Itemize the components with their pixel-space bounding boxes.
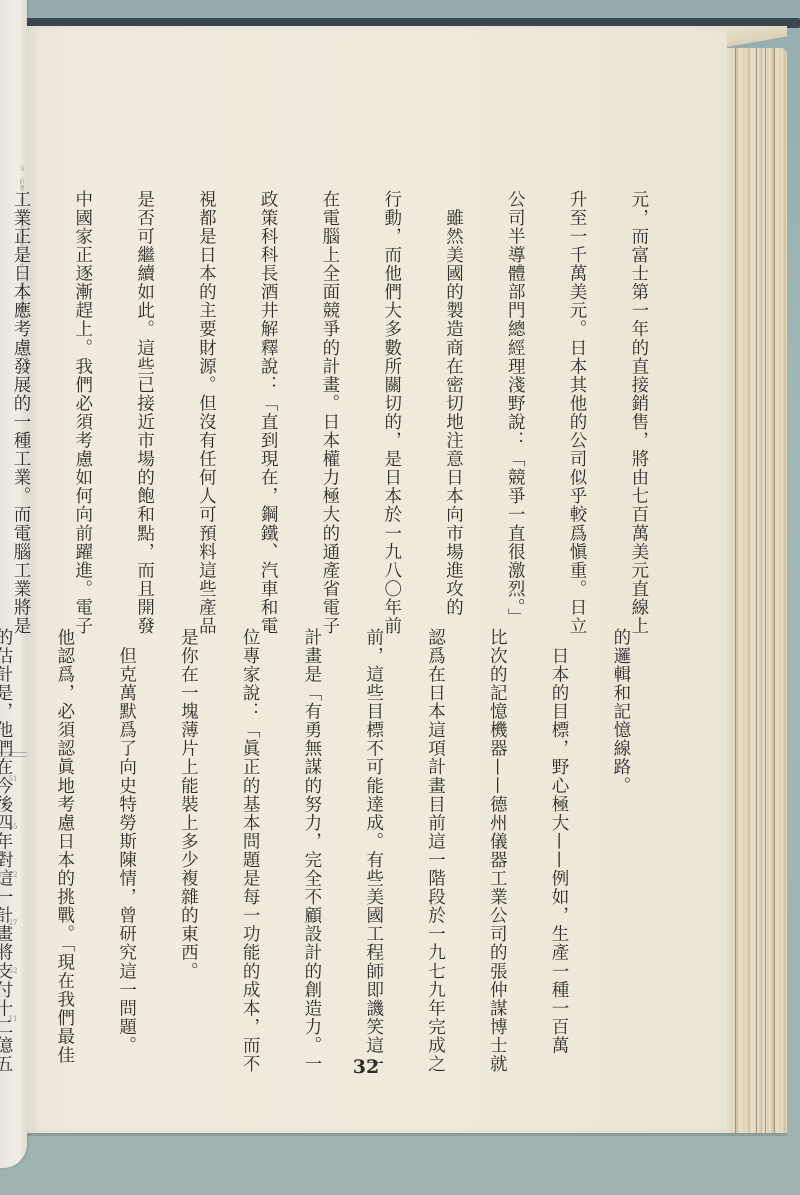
text-line: 他認爲，必須認眞地考慮日本的挑戰。「現在我們最佳 (54, 628, 75, 1046)
page-edge-line (765, 48, 766, 1133)
page-bottom-shadow (27, 1133, 787, 1136)
text-line: 是否可繼續如此。這些已接近市場的飽和點，而且開發 (134, 190, 155, 595)
text-line: 中國家正逐漸趕上。我們必須考慮如何向前躍進。電子 (72, 190, 93, 595)
text-line: 公司半導體部門總經理淺野說：「競爭一直很激烈。」 (505, 190, 526, 595)
text-line: 日本的目標，野心極大——例如，生產一種一百萬 (548, 628, 569, 1046)
text-line: 行動，而他們大多數所關切的，是日本於一九八〇年前 (381, 190, 402, 595)
page-edge-line (774, 48, 775, 1133)
text-line: 升至一千萬美元。日本其他的公司似乎較爲愼重。日立 (566, 190, 587, 595)
text-line: 是你在一塊薄片上能裝上多少複雜的東西。 (178, 628, 199, 1046)
text-line: 視都是日本的主要財源。但沒有任何人可預料這些產品 (196, 190, 217, 595)
text-line: 工業正是日本應考慮發展的一種工業。而電腦工業將是 (10, 190, 31, 595)
text-line: 計畫是「有勇無謀的努力，完全不顧設計的創造力。一 (301, 628, 322, 1046)
page-number: 32 (351, 1056, 381, 1078)
text-line: 元，而富士第一年的直接銷售，將由七百萬美元直線上 (628, 190, 649, 595)
article-text-top: 元，而富士第一年的直接銷售，將由七百萬美元直線上 升至一千萬美元。日本其他的公司… (0, 190, 690, 595)
text-line: 但克萬默爲了向史特勞斯陳情，曾研究這一問題。 (116, 628, 137, 1046)
page-edge-line (756, 48, 757, 1133)
text-line: 位專家說：「眞正的基本問題是每一功能的成本，而不 (240, 628, 261, 1046)
text-line: 比次的記憶機器——德州儀器工業公司的張仲謀博士就 (487, 628, 508, 1046)
text-line: 的邏輯和記憶線路。 (610, 628, 631, 1046)
text-line: 雖然美國的製造商在密切地注意日本向市場進攻的 (443, 190, 464, 595)
text-line: 的估計是，他們在今後四年對這一計畫將支付十二億五 (0, 628, 13, 1046)
page-edge-line (735, 48, 736, 1133)
article-text-bottom: 的邏輯和記憶線路。 日本的目標，野心極大——例如，生產一種一百萬 比次的記憶機器… (0, 628, 672, 1046)
page-stack-edges (727, 48, 787, 1133)
text-line: 政策科科長酒井解釋說：「直到現在，鋼鐵、汽車和電 (258, 190, 279, 595)
text-line: 在電腦上全面競爭的計畫。日本權力極大的通產省電子 (319, 190, 340, 595)
text-line: 前，這些目標不可能達成。有些美國工程師即譏笑這一 (363, 628, 384, 1046)
text-line: 認爲在日本這項計畫目前這一階段於一九七九年完成之 (425, 628, 446, 1046)
